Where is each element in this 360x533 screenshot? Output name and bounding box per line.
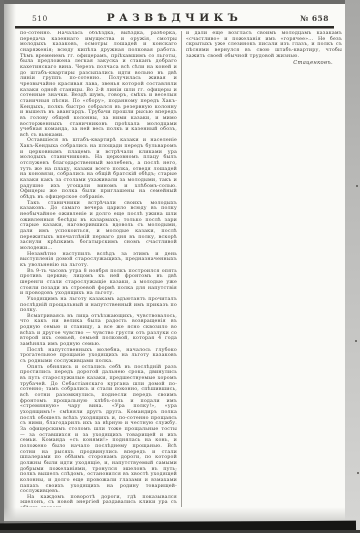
right-column-paragraphs: и дали еще возгласъ своимъ молодцамъ каз… [186,31,342,59]
page-left-shadow [4,4,16,521]
text-paragraph: и дали еще возгласъ своимъ молодцамъ каз… [186,31,342,59]
column-divider-rule [181,31,182,507]
scan-left-edge [0,0,4,533]
journal-page: 510 РАЗВѢДЧИКЪ № 658 по-сотенно. Началас… [4,4,345,521]
scan-top-edge [0,0,360,4]
header-rule [15,26,334,29]
text-paragraph: Такъ станичники встрѣчали своихъ молодых… [20,201,177,252]
page-content: 510 РАЗВѢДЧИКЪ № 658 по-сотенно. Началас… [4,4,345,521]
text-paragraph: Уходящимъ на льготу казакамъ адъютантъ п… [20,297,177,314]
right-text-column: и дали еще возгласъ своимъ молодцамъ каз… [186,31,342,507]
text-paragraph: Незамѣтно наступилъ вслѣдъ за этимъ и де… [20,252,177,269]
page-bottom-shadow [4,507,345,521]
text-paragraph: Въ 9-ть часовъ утра 8 ноября полкъ постр… [20,269,177,297]
issue-number: № 658 [300,14,329,23]
journal-title: РАЗВѢДЧИКЪ [17,12,332,24]
scan-speck [357,472,359,474]
scan-right-edge [345,0,360,533]
text-paragraph: Всматриваясь въ лица отъѣзжающихъ, чувст… [20,314,177,348]
page-header: 510 РАЗВѢДЧИКЪ № 658 [17,11,332,27]
scan-speck [356,185,358,187]
text-paragraph: Послѣ напутственныхъ молебна, началось г… [20,348,177,365]
text-paragraph: Опять обнялись и остались себѣ въ послѣд… [20,365,177,495]
text-paragraph: На каждомъ поворотѣ дороги, гдѣ показыва… [20,495,177,507]
scanned-journal-page: 510 РАЗВѢДЧИКЪ № 658 по-сотенно. Началас… [0,0,360,533]
text-paragraph: Оставшіеся въ штабъ-квартирѣ казаки и на… [20,138,177,200]
scan-speck [355,340,357,342]
author-signature: Стаценковъ. [186,61,333,67]
left-text-column: по-сотенно. Началась объѣздка, выѣздка, … [20,31,177,507]
text-paragraph: по-сотенно. Началась объѣздка, выѣздка, … [20,31,177,138]
